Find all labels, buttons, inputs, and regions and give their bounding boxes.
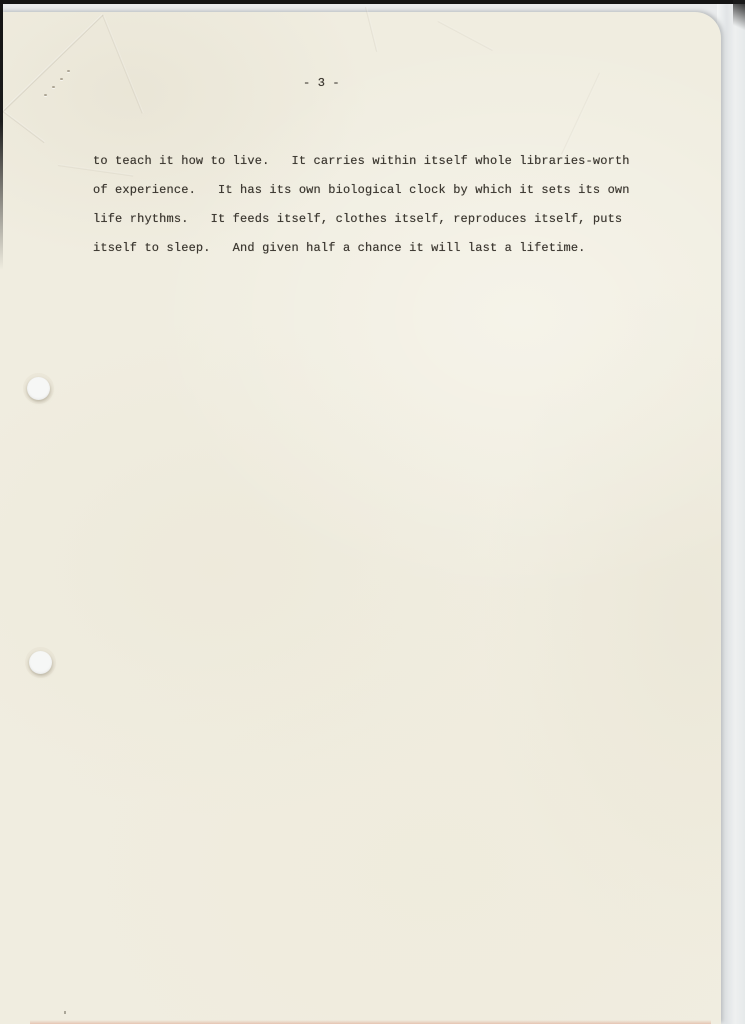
paragraph-line: itself to sleep. And given half a chance… (93, 234, 630, 263)
scanned-page: - 3 - to teach it how to live. It carrie… (0, 0, 745, 1024)
paper-sheet: - 3 - to teach it how to live. It carrie… (0, 12, 721, 1024)
paragraph-line: life rhythms. It feeds itself, clothes i… (93, 205, 630, 234)
paper-damage-dot (44, 94, 47, 96)
paper-damage-dot (52, 86, 55, 88)
hole-punch-top (27, 377, 50, 400)
paragraph-line: to teach it how to live. It carries with… (93, 147, 630, 176)
scan-border-top-right (733, 0, 745, 44)
paragraph-line: of experience. It has its own biological… (93, 176, 630, 205)
paper-crease (2, 110, 45, 143)
paper-crease (438, 20, 494, 51)
paper-crease (2, 14, 103, 112)
hole-punch-bottom (29, 651, 52, 674)
body-paragraph: to teach it how to live. It carries with… (93, 147, 630, 263)
paper-speck (64, 1011, 66, 1014)
scan-border-left (0, 0, 3, 270)
page-number-header: - 3 - (303, 76, 340, 90)
scanner-backing-right (717, 0, 745, 1024)
paper-damage-dot (60, 78, 63, 80)
paper-damage-dot (67, 70, 70, 72)
paper-crease (365, 7, 378, 52)
paper-crease (561, 73, 601, 155)
paper-crease (102, 15, 144, 114)
scan-border-top (0, 0, 745, 4)
bottom-edge-tint (30, 1020, 711, 1024)
